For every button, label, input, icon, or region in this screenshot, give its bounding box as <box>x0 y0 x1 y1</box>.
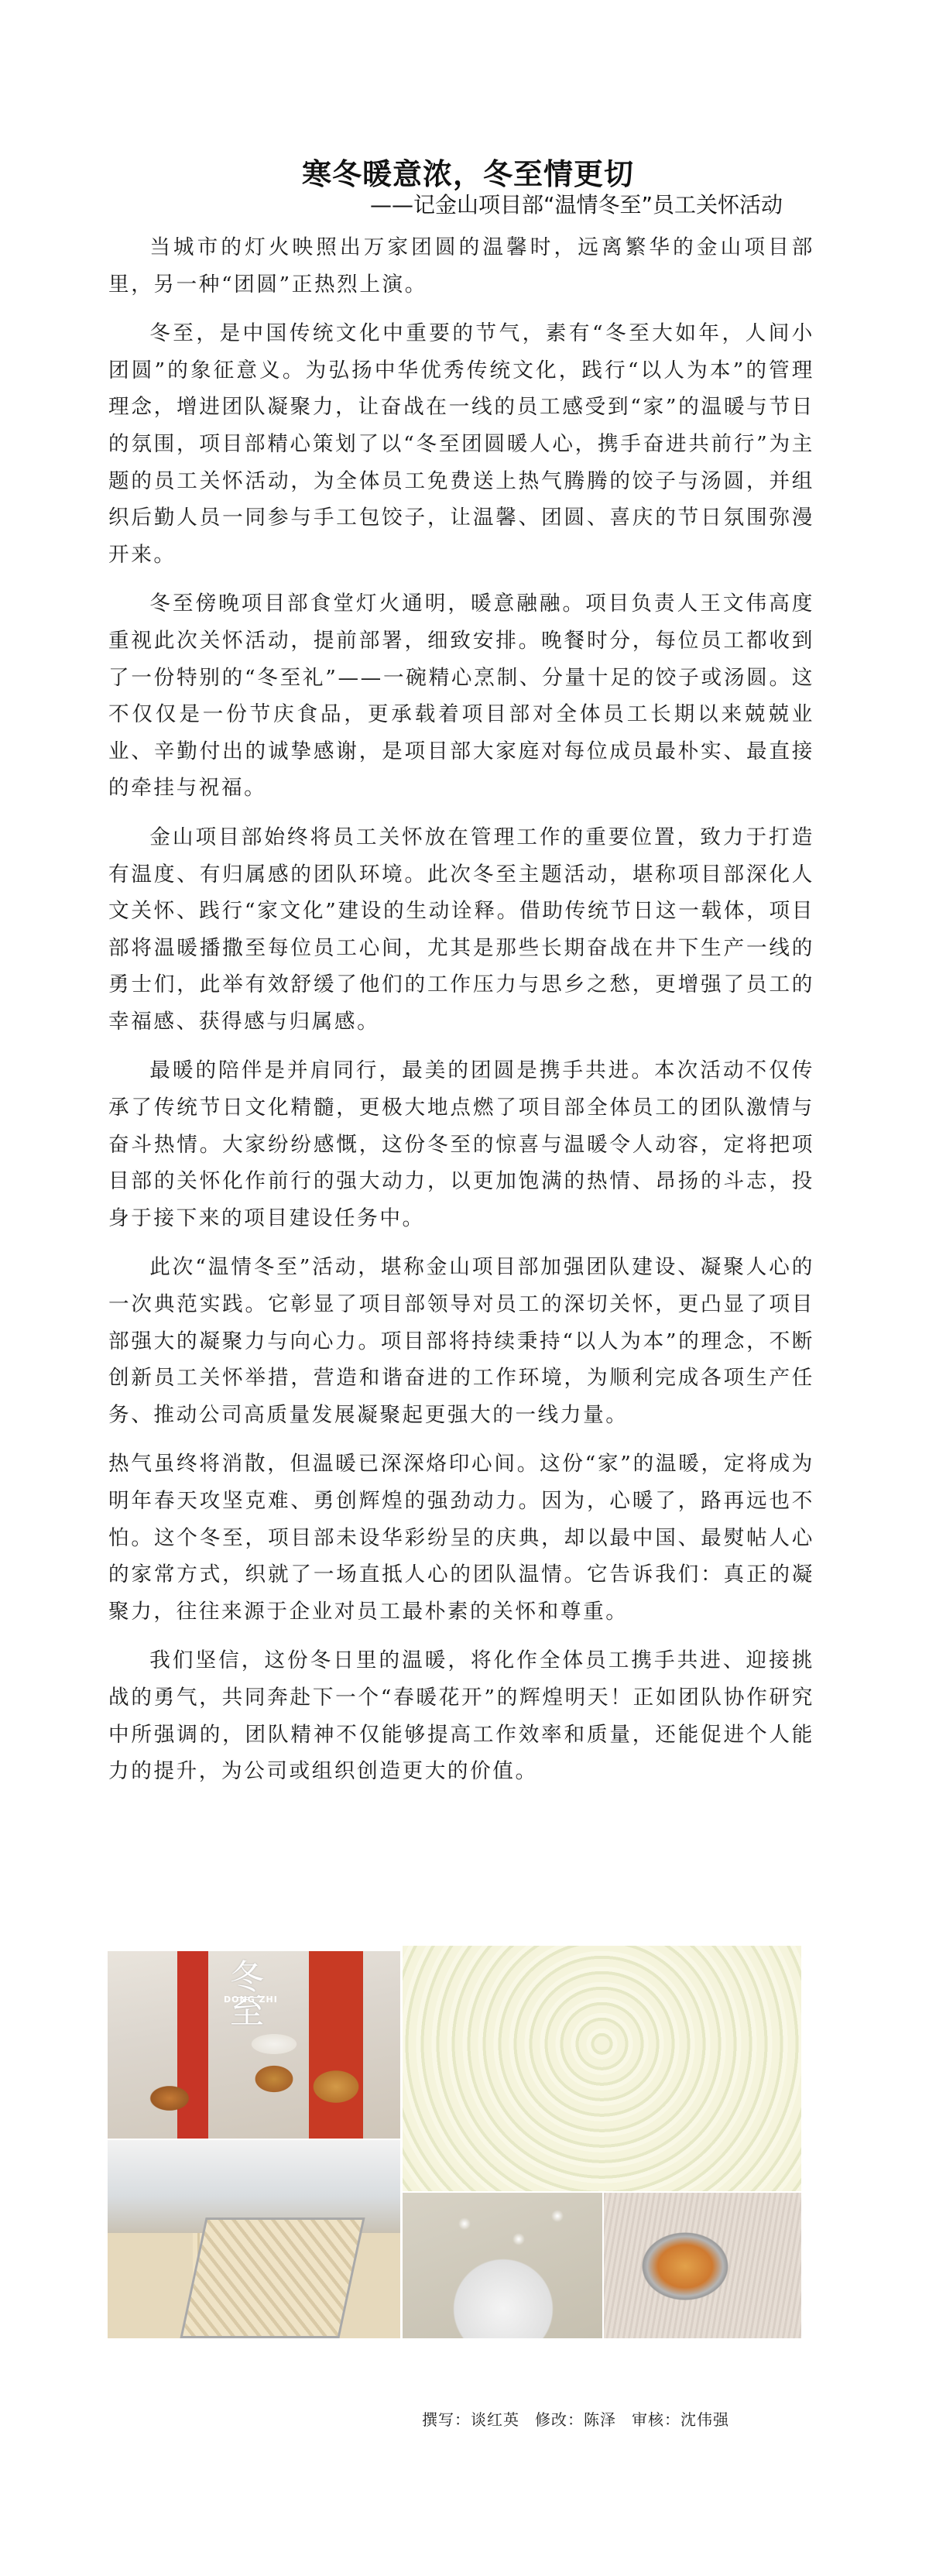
article-title: 寒冬暖意浓，冬至情更切 <box>302 155 634 194</box>
credit-reviewer: 审核：沈伟强 <box>632 2410 729 2429</box>
paragraph-background: 冬至，是中国传统文化中重要的节气，素有“冬至大如年，人间小团圆”的象征意义。为弘… <box>108 315 814 573</box>
photo-canteen-meal: 冬至 DONG ZHI <box>108 1951 400 2139</box>
paragraph-intro: 当城市的灯火映照出万家团圆的温馨时，远离繁华的金山项目部里，另一种“团圆”正热烈… <box>108 229 814 303</box>
paragraph-practice: 此次“温情冬至”活动，堪称金山项目部加强团队建设、凝聚人心的一次典范实践。它彰显… <box>108 1249 814 1433</box>
photo-collage: 冬至 DONG ZHI <box>108 1946 801 2338</box>
photo-tangyuan <box>403 2193 602 2338</box>
credit-writer: 撰写：谈红英 <box>422 2410 519 2429</box>
article-credits: 撰写：谈红英修改：陈泽审核：沈伟强 <box>422 2408 729 2431</box>
paragraph-care: 金山项目部始终将员工关怀放在管理工作的重要位置，致力于打造有温度、有归属感的团队… <box>108 819 814 1041</box>
paragraph-conclusion: 我们坚信，这份冬日里的温暖，将化作全体员工携手共进、迎接挑战的勇气，共同奔赴下一… <box>108 1642 814 1789</box>
photo-overlay-dongzhi-cn: 冬至 <box>224 1959 262 2027</box>
paragraph-evening: 冬至傍晚项目部食堂灯火通明，暖意融融。项目负责人王文伟高度重视此次关怀活动，提前… <box>108 585 814 807</box>
photo-overlay-dongzhi-en: DONG ZHI <box>224 1995 278 2005</box>
photo-fried-dumplings <box>604 2193 801 2338</box>
article-body: 当城市的灯火映照出万家团圆的温馨时，远离繁华的金山项目部里，另一种“团圆”正热烈… <box>108 229 814 1790</box>
credit-editor: 修改：陈泽 <box>535 2410 616 2429</box>
paragraph-warmth: 热气虽终将消散，但温暖已深深烙印心间。这份“家”的温暖，定将成为明年春天攻坚克难… <box>108 1446 814 1630</box>
paragraph-companionship: 最暖的陪伴是并肩同行，最美的团圆是携手共进。本次活动不仅传承了传统节日文化精髓，… <box>108 1052 814 1237</box>
photo-boiling-dumplings <box>403 1946 801 2191</box>
photo-dumpling-making <box>108 2140 400 2338</box>
article-subtitle: ——记金山项目部“温情冬至”员工关怀活动 <box>370 191 783 219</box>
